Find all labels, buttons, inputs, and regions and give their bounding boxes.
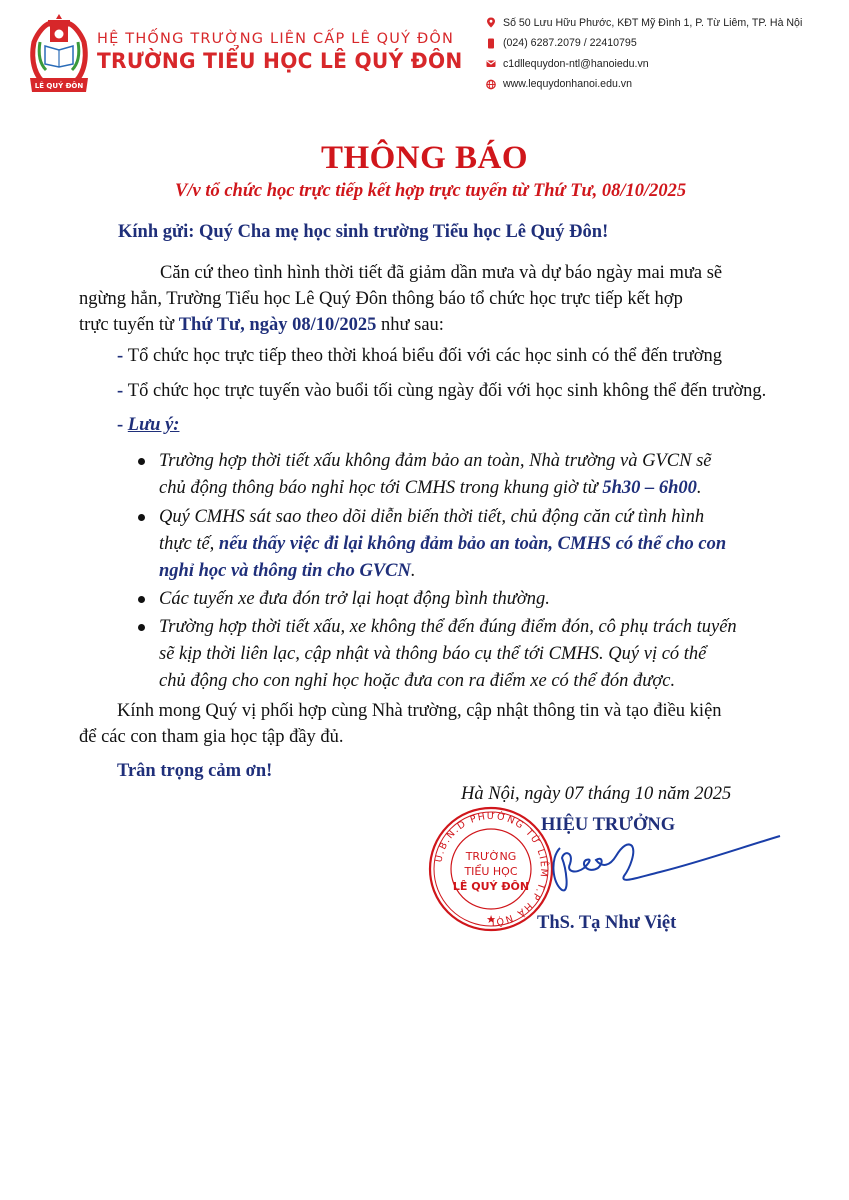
mail-icon [486, 58, 496, 69]
system-name: HỆ THỐNG TRƯỜNG LIÊN CẤP LÊ QUÝ ĐÔN [97, 30, 478, 48]
note-item: Trường hợp thời tiết xấu không đảm bảo a… [135, 448, 815, 502]
greeting: Kính gửi: Quý Cha mẹ học sinh trường Tiể… [118, 222, 608, 243]
bullet-icon [138, 596, 145, 603]
svg-text:LÊ QUÝ ĐÔN: LÊ QUÝ ĐÔN [453, 880, 529, 893]
start-date: Thứ Tư, ngày 08/10/2025 [179, 315, 377, 335]
contact-address: Số 50 Lưu Hữu Phước, KĐT Mỹ Đình 1, P. T… [486, 14, 802, 31]
item-online: - Tổ chức học trực tuyến vào buổi tối cù… [117, 381, 766, 402]
map-pin-icon [486, 17, 496, 28]
contact-email: c1dllequydon-ntl@hanoiedu.vn [486, 55, 802, 72]
intro-line-2: ngừng hẳn, Trường Tiểu học Lê Quý Đôn th… [79, 286, 683, 312]
notice-time: 5h30 – 6h00 [602, 478, 697, 498]
request-line-2: để các con tham gia học tập đầy đủ. [79, 724, 344, 750]
note-item: Trường hợp thời tiết xấu, xe không thể đ… [135, 614, 815, 695]
svg-text:★: ★ [486, 914, 496, 926]
svg-text:TRƯỜNG: TRƯỜNG [465, 850, 517, 863]
contact-info: Số 50 Lưu Hữu Phước, KĐT Mỹ Đình 1, P. T… [486, 14, 802, 96]
brand: HỆ THỐNG TRƯỜNG LIÊN CẤP LÊ QUÝ ĐÔN TRƯỜ… [97, 30, 478, 74]
bullet-icon [138, 624, 145, 631]
place-date: Hà Nội, ngày 07 tháng 10 năm 2025 [461, 784, 731, 805]
school-name: TRƯỜNG TIỂU HỌC LÊ QUÝ ĐÔN [97, 48, 463, 74]
bullet-icon [138, 514, 145, 521]
note-heading: - Lưu ý: [117, 415, 179, 436]
website-link[interactable]: www.lequydonhanoi.edu.vn [503, 78, 632, 90]
note-item: Các tuyến xe đưa đón trở lại hoạt động b… [135, 586, 815, 613]
contact-website: www.lequydonhanoi.edu.vn [486, 76, 802, 93]
email-link[interactable]: c1dllequydon-ntl@hanoiedu.vn [503, 58, 649, 70]
intro-line-1: Căn cứ theo tình hình thời tiết đã giảm … [160, 260, 722, 286]
school-logo-icon: LÊ QUÝ ĐÔN [26, 12, 92, 94]
svg-text:LÊ QUÝ ĐÔN: LÊ QUÝ ĐÔN [35, 81, 84, 90]
item-in-person: - Tổ chức học trực tiếp theo thời khoá b… [117, 346, 722, 367]
notes-list: Trường hợp thời tiết xấu không đảm bảo a… [135, 448, 815, 695]
bullet-icon [138, 458, 145, 465]
svg-text:TIỂU HỌC: TIỂU HỌC [463, 864, 517, 878]
letterhead: LÊ QUÝ ĐÔN HỆ THỐNG TRƯỜNG LIÊN CẤP LÊ Q… [0, 0, 849, 110]
notice-title: THÔNG BÁO [0, 140, 849, 177]
signer-name: ThS. Tạ Như Việt [537, 913, 676, 934]
contact-phone: (024) 6287.2079 / 22410795 [486, 35, 802, 52]
phone-icon [486, 38, 496, 49]
notice-subtitle: V/v tổ chức học trực tiếp kết hợp trực t… [175, 181, 686, 202]
note-item: Quý CMHS sát sao theo dõi diễn biến thời… [135, 504, 815, 585]
request-line-1: Kính mong Quý vị phối hợp cùng Nhà trườn… [117, 698, 722, 724]
handwritten-signature-icon [540, 828, 785, 898]
intro-line-3: trực tuyến từ Thứ Tư, ngày 08/10/2025 nh… [79, 312, 444, 338]
globe-icon [486, 79, 496, 90]
official-stamp-icon: U.B.N.D PHƯỜNG TỪ LIÊM T.P HÀ NỘI TRƯỜNG… [427, 805, 555, 933]
closing: Trân trọng cảm ơn! [117, 761, 272, 782]
